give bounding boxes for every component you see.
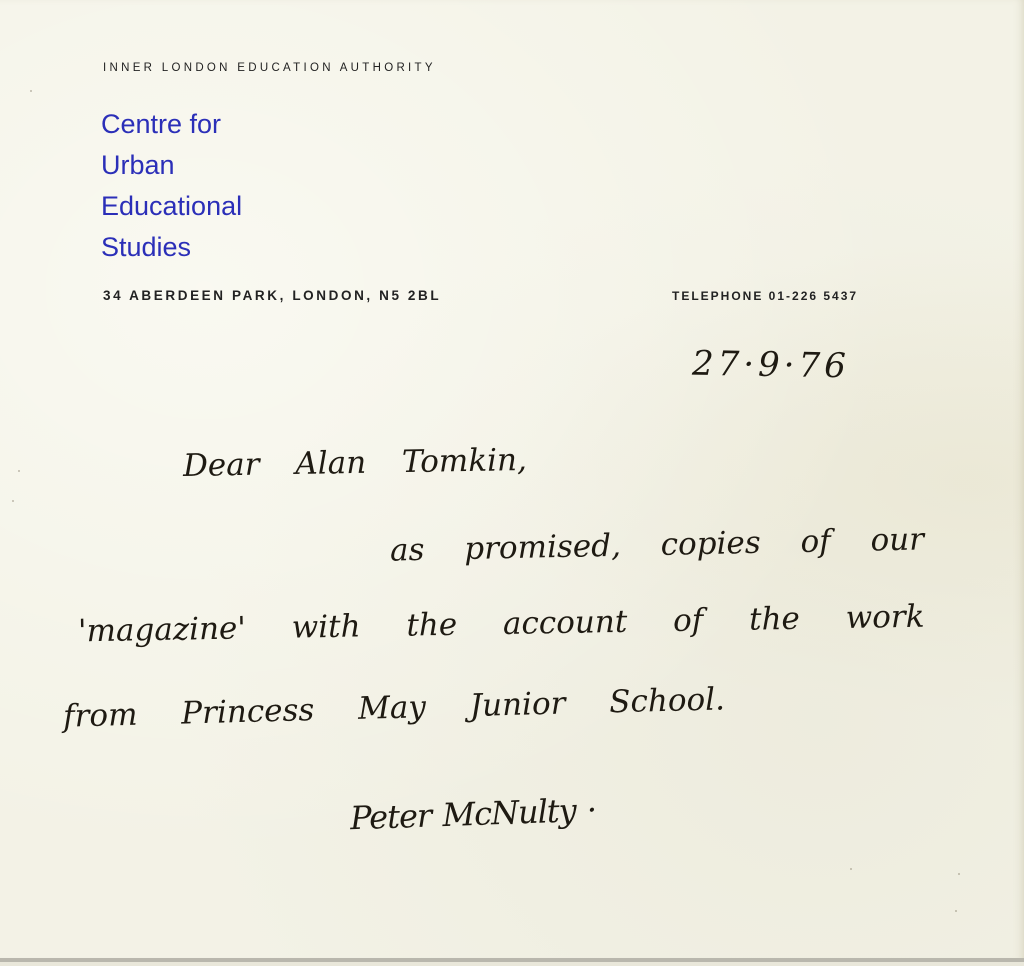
paper-speck xyxy=(850,868,852,870)
centre-name-line: Studies xyxy=(101,227,242,268)
body-line: 'magazine' with the account of the work xyxy=(78,599,925,650)
centre-name-line: Centre for xyxy=(101,104,242,145)
centre-name: Centre for Urban Educational Studies xyxy=(101,104,242,268)
centre-name-line: Urban xyxy=(101,145,242,186)
letter-date: 27·9·76 xyxy=(692,344,850,387)
authority-name: INNER LONDON EDUCATION AUTHORITY xyxy=(103,62,436,74)
paper-bottom-edge xyxy=(0,958,1024,962)
paper-speck xyxy=(12,500,14,502)
paper-speck xyxy=(30,90,32,92)
salutation: Dear Alan Tomkin, xyxy=(183,442,527,484)
telephone-number: TELEPHONE 01-226 5437 xyxy=(672,289,858,303)
body-line: from Princess May Junior School. xyxy=(63,681,726,734)
paper-speck xyxy=(18,470,20,472)
paper-speck xyxy=(955,910,957,912)
centre-name-line: Educational xyxy=(101,186,242,227)
paper-speck xyxy=(958,873,960,875)
signature: Peter McNulty · xyxy=(349,791,596,838)
letter-sheet: INNER LONDON EDUCATION AUTHORITY Centre … xyxy=(0,0,1024,962)
body-line: as promised, copies of our xyxy=(390,521,925,568)
postal-address: 34 ABERDEEN PARK, LONDON, N5 2BL xyxy=(103,288,441,303)
